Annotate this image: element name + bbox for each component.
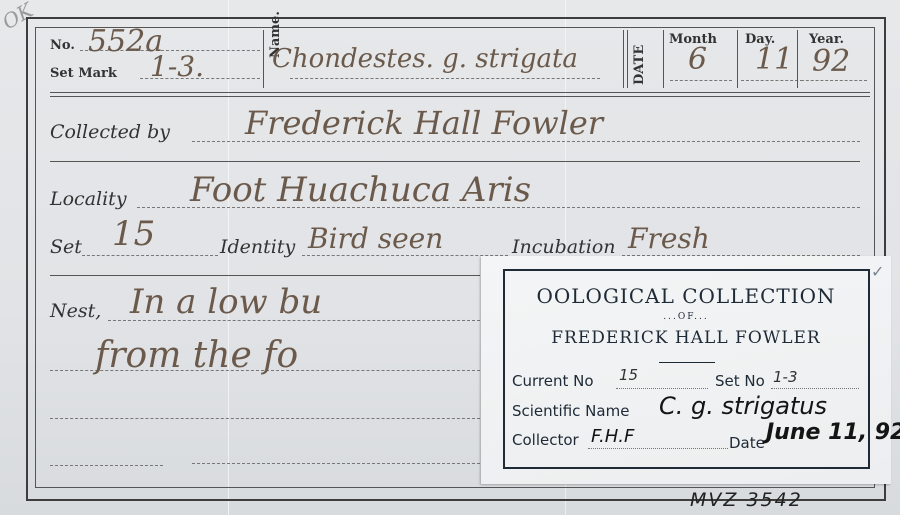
header-rule — [50, 96, 870, 97]
nest-field-line — [50, 418, 480, 419]
collected-by-value: Frederick Hall Fowler — [245, 104, 603, 142]
set-no-value: 1-3 — [773, 368, 798, 386]
locality-value: Foot Huachuca Aris — [190, 170, 531, 210]
nest-field-line — [50, 465, 163, 466]
scientific-name-label: Scientific Name — [512, 402, 629, 420]
month-field-line — [670, 80, 732, 81]
label-title: OOLOGICAL COLLECTION — [481, 284, 891, 308]
current-no-label: Current No — [512, 372, 594, 390]
set-mark-label: Set Mark — [50, 66, 117, 81]
set-label: Set — [50, 236, 82, 258]
checkmark-icon: ✓ — [871, 262, 884, 281]
current-no-line — [616, 388, 708, 389]
label-date-value: June 11, 92 — [766, 420, 900, 445]
nest-line-2: from the fo — [95, 335, 298, 376]
identity-value: Bird seen — [308, 222, 443, 255]
year-value: 92 — [812, 44, 850, 79]
specimen-card-scan: OK No. 552a Set Mark 1-3. Name. Chondest… — [0, 0, 900, 515]
set-mark-value: 1-3. — [150, 50, 204, 83]
divider — [263, 30, 264, 88]
museum-catalog-number: MVZ 3542 — [690, 489, 803, 511]
label-rule — [659, 362, 715, 363]
label-of: ...OF... — [481, 312, 891, 322]
set-field-line — [82, 255, 218, 256]
month-value: 6 — [688, 42, 707, 77]
nest-line-1: In a low bu — [130, 282, 322, 322]
collection-label: ✓ OOLOGICAL COLLECTION ...OF... FREDERIC… — [481, 256, 891, 484]
collected-by-label: Collected by — [50, 121, 170, 143]
collector-line — [588, 448, 728, 449]
name-value: Chondestes. g. strigata — [272, 44, 578, 74]
collector-value: F.H.F — [591, 426, 634, 447]
header-rule — [50, 92, 870, 93]
set-no-label: Set No — [715, 372, 765, 390]
label-owner: FREDERICK HALL FOWLER — [481, 328, 891, 348]
date-label: DATE — [632, 45, 647, 85]
incubation-value: Fresh — [628, 222, 710, 255]
divider — [623, 30, 624, 88]
collector-label: Collector — [512, 431, 579, 449]
section-rule — [50, 161, 860, 162]
nest-field-line — [192, 463, 480, 464]
set-value: 15 — [112, 214, 155, 254]
locality-label: Locality — [50, 188, 127, 210]
identity-field-line — [302, 255, 508, 256]
divider — [663, 30, 664, 88]
label-date-label: Date — [729, 434, 765, 452]
no-label: No. — [50, 38, 75, 53]
divider — [797, 30, 798, 88]
current-no-value: 15 — [619, 366, 638, 384]
section-rule — [50, 275, 480, 276]
name-field-line — [290, 78, 600, 79]
divider — [737, 30, 738, 88]
day-field-line — [741, 80, 803, 81]
set-no-line — [771, 388, 859, 389]
identity-label: Identity — [220, 236, 295, 258]
year-field-line — [801, 80, 867, 81]
incubation-label: Incubation — [512, 236, 616, 258]
divider — [627, 30, 628, 88]
scientific-name-value: C. g. strigatus — [659, 392, 827, 420]
day-value: 11 — [755, 42, 793, 77]
nest-label: Nest, — [50, 300, 101, 322]
